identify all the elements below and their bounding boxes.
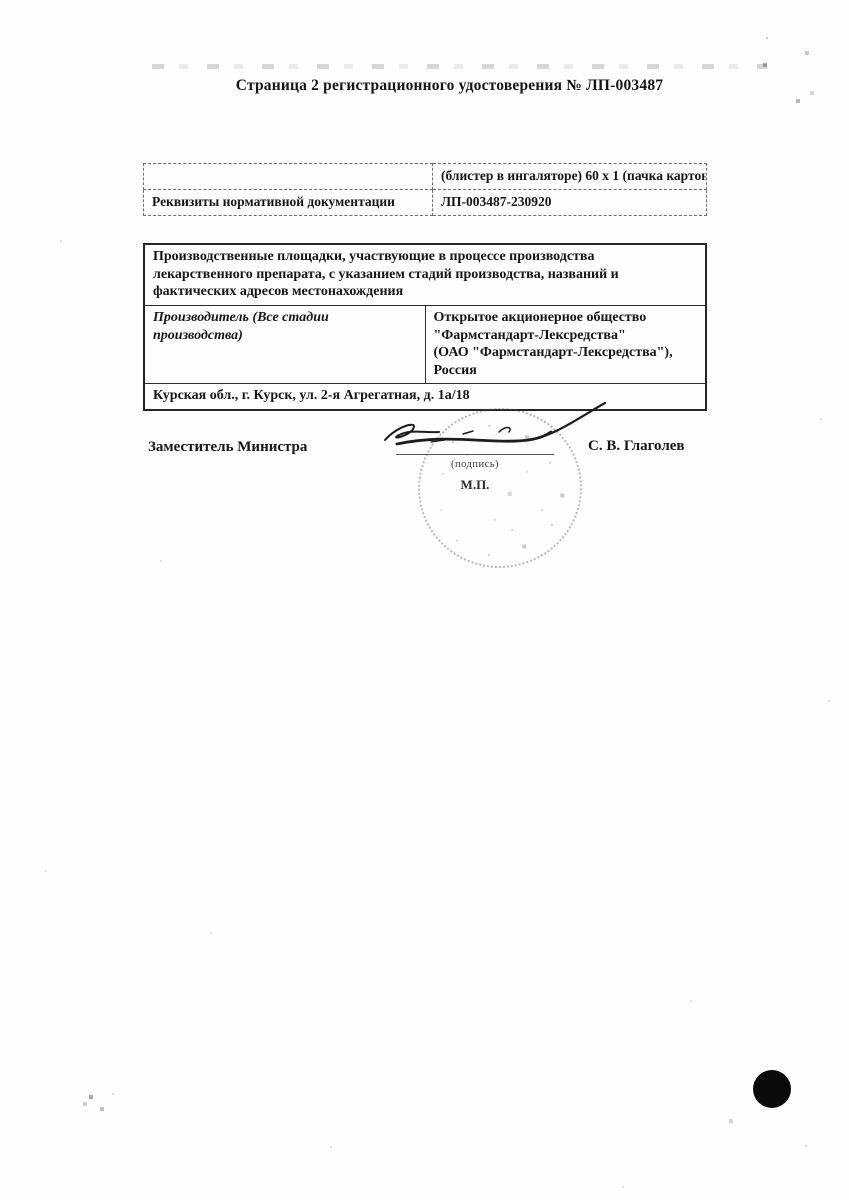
table-row: (блистер в ингаляторе) 60 х 1 (пачка кар…: [144, 164, 707, 190]
official-title: Заместитель Министра: [148, 439, 307, 456]
scan-noise-speckles: [0, 0, 2, 2]
production-sites-table: Производственные площадки, участвующие в…: [143, 243, 707, 411]
scanned-certificate-page: Страница 2 регистрационного удостоверени…: [0, 0, 849, 1200]
table-row: Производственные площадки, участвующие в…: [144, 244, 706, 305]
producer-line: "Фармстандарт-Лексредства": [434, 327, 698, 345]
normative-docs-label: Реквизиты нормативной документации: [144, 190, 433, 216]
production-sites-header: Производственные площадки, участвующие в…: [144, 244, 706, 305]
punch-hole-mark: [753, 1070, 791, 1108]
signature-caption: (подпись): [396, 459, 554, 470]
details-empty-cell: [144, 164, 433, 190]
producer-line: (ОАО "Фармстандарт-Лексредства"),: [434, 344, 698, 362]
scan-artifact-band: [152, 64, 767, 69]
signature-autograph: [379, 398, 609, 460]
table-row: Производитель (Все стадии производства) …: [144, 305, 706, 384]
producer-company-value: Открытое акционерное общество "Фармстанд…: [425, 305, 706, 384]
page-header: Страница 2 регистрационного удостоверени…: [50, 77, 849, 95]
table-row: Реквизиты нормативной документации ЛП-00…: [144, 190, 707, 216]
producer-line: Открытое акционерное общество: [434, 309, 698, 327]
package-form-value: (блистер в ингаляторе) 60 х 1 (пачка кар…: [433, 164, 707, 190]
normative-docs-value: ЛП-003487-230920: [433, 190, 707, 216]
producer-stage-label: Производитель (Все стадии производства): [144, 305, 425, 384]
seal-place-label: М.П.: [396, 477, 554, 493]
signature-line: [396, 454, 554, 455]
producer-line: Россия: [434, 362, 698, 380]
normative-details-table: (блистер в ингаляторе) 60 х 1 (пачка кар…: [143, 163, 707, 216]
signer-name: С. В. Глаголев: [588, 438, 685, 455]
